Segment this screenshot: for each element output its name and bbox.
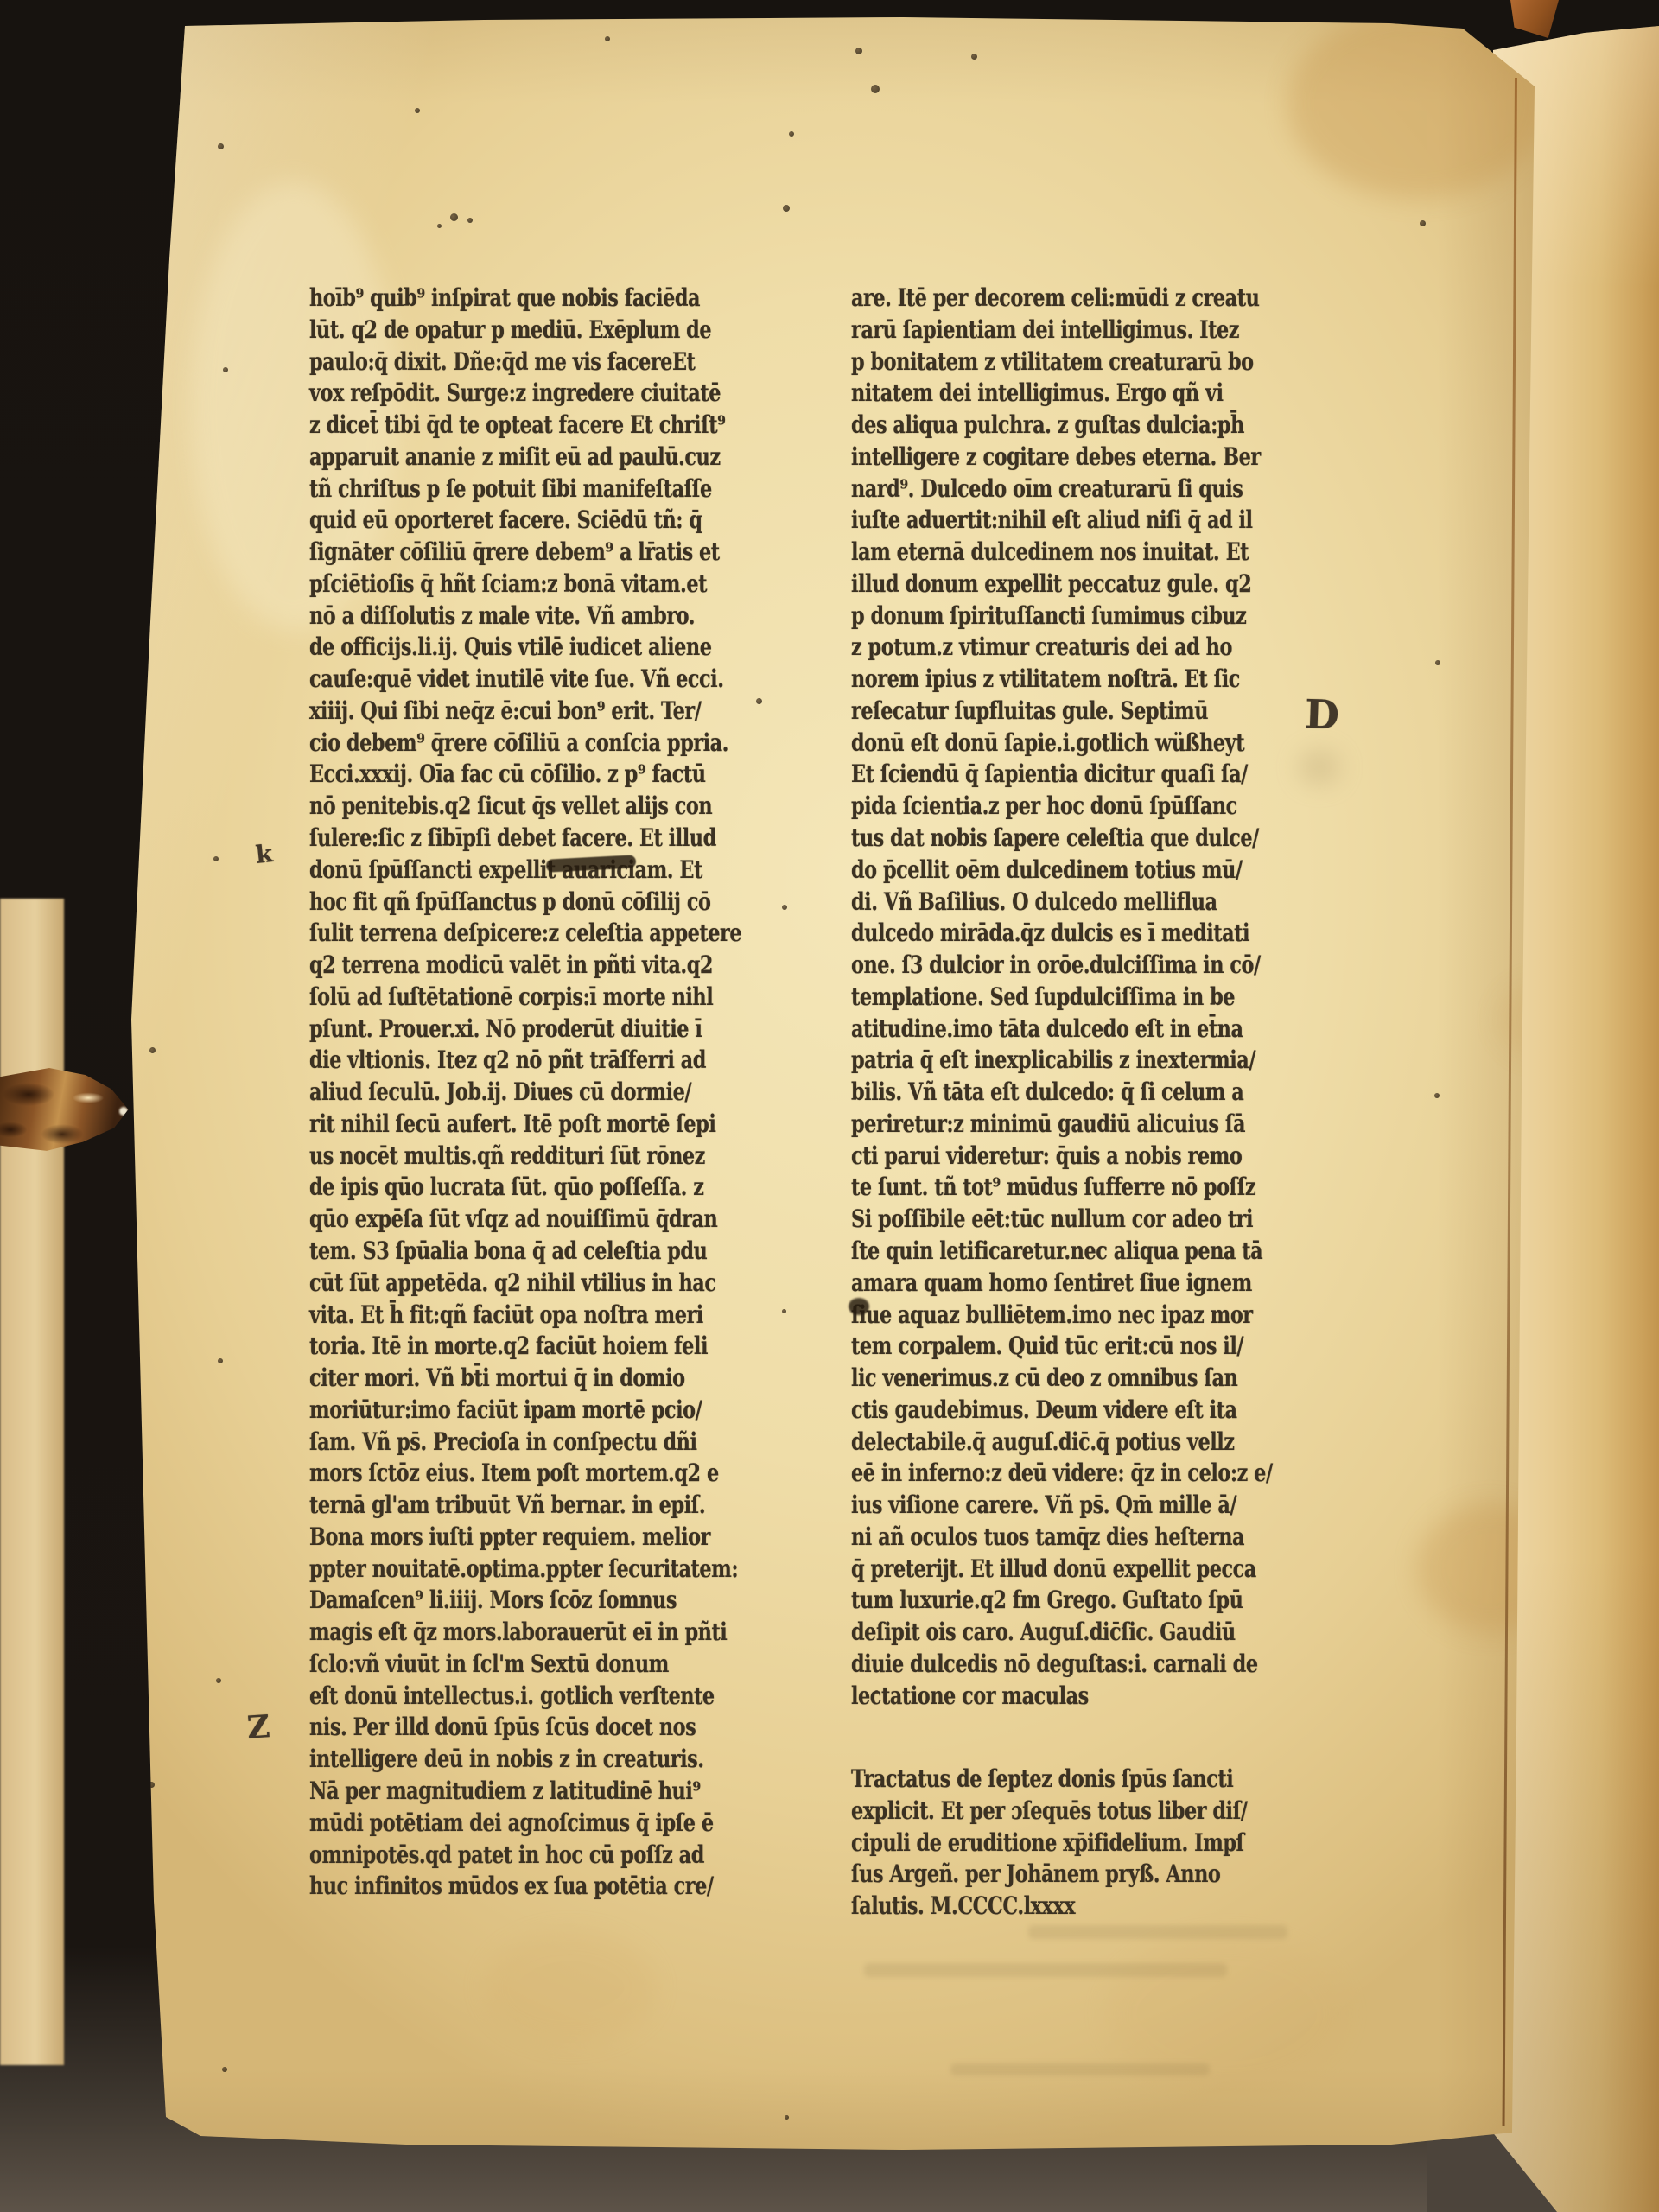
text-line: ſignāter cōſiliū q̄rere debem⁹ a lr̄atis… [309,537,741,569]
text-line: us nocēt multis.qñ reddituri ſūt rōnez [309,1141,741,1173]
wormhole-ink-spot [783,205,790,212]
text-line: ni añ oculos tuos tamq̄z dies heſterna [851,1522,1273,1554]
paper-stain [484,1931,657,2044]
wormhole-ink-spot [213,856,219,861]
text-line: huc infinitos mūdos ex ſua potētia cre/ [309,1872,741,1904]
lombard-initial-d: D [1304,690,1340,738]
text-line: tum luxurie.q2 fm Grego. Guſtato ſpū [851,1586,1273,1618]
text-line: ſiue aquaz bulliētem.imo nec ipaz mor [851,1300,1273,1332]
text-line: cauſe:quē videt inutilē vite ſue. Vñ ecc… [309,664,741,696]
text-line: are. Itē per decorem celi:mūdi z creatu [851,283,1273,315]
ink-blot [849,1298,869,1315]
text-line: diuie dulcedis nō deguſtas:i. carnali de [851,1649,1273,1681]
text-line: p donum ſpirituſſancti ſumimus cibuz [851,601,1273,633]
text-line: rarū ſapientiam dei intelligimus. Itez [851,315,1273,347]
text-line: tus dat nobis ſapere celeſtia que dulce/ [851,823,1273,855]
text-line: magis eſt q̄z mors.laborauerūt eī in pñt… [309,1618,741,1649]
wormhole-ink-spot [218,143,224,149]
wormhole-ink-spot [123,1050,130,1057]
text-line: nis. Per illd donū ſpūs ſcūs docet nos [309,1713,741,1745]
text-line: illud donum expellit peccatuz gule. q2 [851,569,1273,601]
text-line: donū ſpūſſancti expellit auariciam. Et [309,855,741,887]
wormhole-ink-spot [134,661,140,667]
wormhole-ink-spot [216,1678,221,1683]
text-line: mūdi potētiam dei agnoſcimus q̄ ipſe ē [309,1808,741,1840]
text-line: hoīb⁹ quib⁹ inſpirat que nobis faciēda [309,283,741,315]
text-line: eſt donū intellectus.i. gotlich verſtent… [309,1681,741,1713]
text-line: rit nihil ſecū aufert. Itē poſt mortē ſe… [309,1109,741,1141]
wormhole-ink-spot [484,2149,491,2156]
text-line: ius viſione carere. Vñ ps̄. Qm̄ mille ā/ [851,1491,1273,1522]
text-line: vox reſpōdit. Surge:z ingredere ciuitatē [309,378,741,410]
text-line: qūo expēſa ſūt vſqz ad nouiſſimū q̄dran [309,1205,741,1236]
text-line: ſulere:ſic z ſibīpſi debet facere. Et il… [309,823,741,855]
wormhole-ink-spot [415,108,420,113]
text-line: des aliqua pulchra. z guſtas dulcia:ph̄ [851,410,1273,442]
text-line: dulcedo mirāda.q̄z dulcis es ī meditati [851,918,1273,950]
text-line: templatione. Sed ſupdulciſſima in be [851,982,1273,1014]
wormhole-ink-spot [126,1929,133,1935]
text-line: mors ſctōz eius. Item poſt mortem.q2 e [309,1459,741,1491]
wormhole-ink-spot [218,1358,223,1363]
text-line: Tractatus de ſeptez donis ſpūs ſancti [851,1764,1247,1796]
text-line: die vltionis. Itez q2 nō pñt trāſferri a… [309,1046,741,1077]
text-line: lic venerimus.z cū deo z omnibus ſan [851,1363,1273,1395]
text-line: atitudine.imo tāta dulcedo eſt in et̄na [851,1014,1273,1046]
text-line: Et ſciendū q̄ ſapientia dicitur quaſi ſa… [851,760,1273,791]
wormhole-ink-spot [125,1519,131,1525]
text-line: ppter nouitatē.optima.ppter ſecuritatem: [309,1554,741,1586]
text-line: lam eternā dulcedinem nos inuitat. Et [851,537,1273,569]
text-line: z dicet̄ tibi q̄d te opteat facere Et ch… [309,410,741,442]
text-line: patria q̄ eſt inexplicabilis z inextermi… [851,1046,1273,1077]
text-line: de ipis qūo lucrata ſūt. qūo poſſeſſa. z [309,1173,741,1205]
text-line: q̄ preterijt. Et illud donū expellit pec… [851,1554,1273,1586]
text-line: ſalutis. M.CCCC.lxxxx [851,1891,1247,1923]
text-line: apparuit ananie z miſit eū ad paulū.cuz [309,442,741,474]
text-line: ſclo:vñ viuūt in ſcl'm Sextū donum [309,1649,741,1681]
text-line: de officijs.li.ij. Quis vtilē iudicet al… [309,632,741,664]
text-line: deſipit ois caro. Auguſ.dic̄ſic. Gaudiū [851,1618,1273,1649]
tortoiseshell-pointer-tool [0,1068,130,1156]
text-line: ternā gl'am tribuūt Vñ bernar. in epiſ. [309,1491,741,1522]
text-line: Damaſcen⁹ li.iiij. Mors ſcōz ſomnus [309,1586,741,1618]
text-line: one. ſ3 dulcior in orōe.dulciſſima in cō… [851,950,1273,982]
text-line: iuſte aduertit:nihil eſt aliud niſi q̄ a… [851,505,1273,537]
wormhole-ink-spot [149,1782,155,1788]
text-line: Ecci.xxxij. Oīa fac cū cōſilio. z p⁹ fac… [309,760,741,791]
leaf-fore-edge-line [1503,78,1517,2126]
text-line: ſte quin letificaretur.nec aliqua pena t… [851,1236,1273,1268]
text-line: pida ſcientia.z per hoc donū ſpūſſanc [851,791,1273,823]
text-line: bilis. Vñ tāta eſt dulcedo: q̄ ſi celum … [851,1077,1273,1109]
text-line: intelligere deū in nobis z in creaturis. [309,1745,741,1777]
text-line: ſam. Vñ ps̄. Precioſa in conſpectu dñi [309,1427,741,1459]
wormhole-ink-spot [971,54,977,60]
wormhole-ink-spot [222,2067,227,2072]
text-line: omnipotēs.qd patet in hoc cū poſſz ad [309,1840,741,1872]
verso-show-through [1028,1925,1287,1939]
text-column-left: hoīb⁹ quib⁹ inſpirat que nobis faciēdalū… [309,283,849,1904]
text-line: tem corpalem. Quid tūc erit:cū nos il/ [851,1332,1273,1363]
text-line: pſciētioſis q̄ hñt ſciam:z bonā vitam.et [309,569,741,601]
text-line: eē in inferno:z deū videre: q̄z in celo:… [851,1459,1273,1491]
text-line: pſunt. Prouer.xi. Nō proderūt diuitie ī [309,1014,741,1046]
wormhole-ink-spot [223,367,228,372]
text-line: Bona mors iuſti ppter requiem. melior [309,1522,741,1554]
wormhole-ink-spot [1434,1093,1440,1098]
text-line: Nā per magnitudiem z latitudinē hui⁹ [309,1777,741,1808]
wormhole-ink-spot [437,224,442,228]
text-line: nard⁹. Dulcedo oīm creaturarū ſi quis [851,474,1273,506]
text-line: aliud ſeculū. Job.ij. Diues cū dormie/ [309,1077,741,1109]
text-line: p bonitatem z vtilitatem creaturarū bo [851,347,1273,379]
text-line: lectatione cor maculas [851,1681,1273,1713]
margin-signature-k: k [254,839,274,869]
text-line: Si poſſibile eēt:tūc nullum cor adeo tri [851,1205,1273,1236]
colophon: Tractatus de ſeptez donis ſpūs ſanctiexp… [851,1764,1346,1923]
text-line: cti parui videretur: q̄uis a nobis remo [851,1141,1273,1173]
page-leaf: hoīb⁹ quib⁹ inſpirat que nobis faciēdalū… [121,17,1536,2176]
text-line: paulo:q̄ dixit. Dñe:q̄d me vis facereEt [309,347,741,379]
text-line: tñ chriſtus p ſe potuit ſibi manifeſtaſſ… [309,474,741,506]
text-line: di. Vñ Baſilius. O dulcedo melliflua [851,887,1273,919]
text-line: cūt ſūt appetēda. q2 nihil vtilius in ha… [309,1268,741,1300]
text-line: nō a diſſolutis z male vite. Vñ ambro. [309,601,741,633]
text-line: do p̄cellit oēm dulcedinem totius mū/ [851,855,1273,887]
text-line: nitatem dei intelligimus. Ergo qñ vi [851,378,1273,410]
text-line: reſecatur ſupfluitas gule. Septimū [851,696,1273,728]
text-line: xiiij. Qui ſibi neq̄z ē:cui bon⁹ erit. T… [309,696,741,728]
text-line: te ſunt. tñ tot⁹ mūdus ſufferre nō poſſz [851,1173,1273,1205]
text-line: ſulit terrena deſpicere:z celeſtia appet… [309,918,741,950]
wormhole-ink-spot [450,213,458,221]
binding-leather-edge [1510,0,1559,38]
text-line: norem ipius z vtilitatem noſtrā. Et ſic [851,664,1273,696]
wormhole-ink-spot [785,2115,789,2120]
paper-stain [1287,9,1547,199]
wormhole-ink-spot [789,131,794,137]
verso-show-through [864,1963,1227,1977]
text-line: toria. Itē in morte.q2 faciūt hoiem feli [309,1332,741,1363]
text-line: nō penitebis.q2 ſicut q̄s vellet alijs c… [309,791,741,823]
text-line: lūt. q2 de opatur p mediū. Exēplum de [309,315,741,347]
text-line: q2 terrena modicū valēt in pñti vita.q2 [309,950,741,982]
text-line: z potum.z vtimur creaturis dei ad ho [851,632,1273,664]
wormhole-ink-spot [1420,220,1426,226]
wormhole-ink-spot [855,48,862,54]
text-line: ſus Argeñ. per Johānem pryß. Anno [851,1859,1247,1891]
text-line: cio debem⁹ q̄rere cōſiliū a conſcia ppri… [309,728,741,760]
text-line: amara quam homo ſentiret ſiue ignem [851,1268,1273,1300]
text-line: periretur:z minimū gaudiū alicuius ſā [851,1109,1273,1141]
wormhole-ink-spot [123,1203,130,1210]
text-line: citer mori. Vñ bt̄i mortui q̄ in domio [309,1363,741,1395]
text-line: moriūtur:imo faciūt ipam mortē pcio/ [309,1395,741,1427]
wormhole-ink-spot [605,36,610,41]
text-line: hoc fit qñ ſpūſſanctus p donū cōſilij cō [309,887,741,919]
text-line: tem. S3 ſpūalia bona q̄ ad celeſtia pdu [309,1236,741,1268]
text-line: ſolū ad ſuſtētationē corpis:ī morte nihl [309,982,741,1014]
text-line: delectabile.q̄ auguſ.dic̄.q̄ potius vell… [851,1427,1273,1459]
photo-of-incunable-page: hoīb⁹ quib⁹ inſpirat que nobis faciēdalū… [0,0,1659,2212]
text-line: cipuli de eruditione xp̄ifidelium. Impſ [851,1828,1247,1860]
wormhole-ink-spot [467,218,473,223]
text-line: ctis gaudebimus. Deum videre eſt ita [851,1395,1273,1427]
text-column-right: are. Itē per decorem celi:mūdi z creatur… [851,283,1378,1713]
verso-show-through [950,2063,1210,2075]
text-line: vita. Et h̄ fit:qñ faciūt opa noſtra mer… [309,1300,741,1332]
text-line: intelligere z cogitare debes eterna. Ber [851,442,1273,474]
wormhole-ink-spot [149,1047,156,1053]
wormhole-ink-spot [871,85,880,93]
margin-signature-l: Z [246,1708,271,1746]
text-line: donū eſt donū ſapie.i.gotlich wüßheyt [851,728,1273,760]
wormhole-ink-spot [1435,660,1440,665]
text-line: quid eū oporteret facere. Sciēdū tñ: q̄ [309,505,741,537]
text-line: explicit. Et per ɔſequēs totus liber diſ… [851,1796,1247,1828]
